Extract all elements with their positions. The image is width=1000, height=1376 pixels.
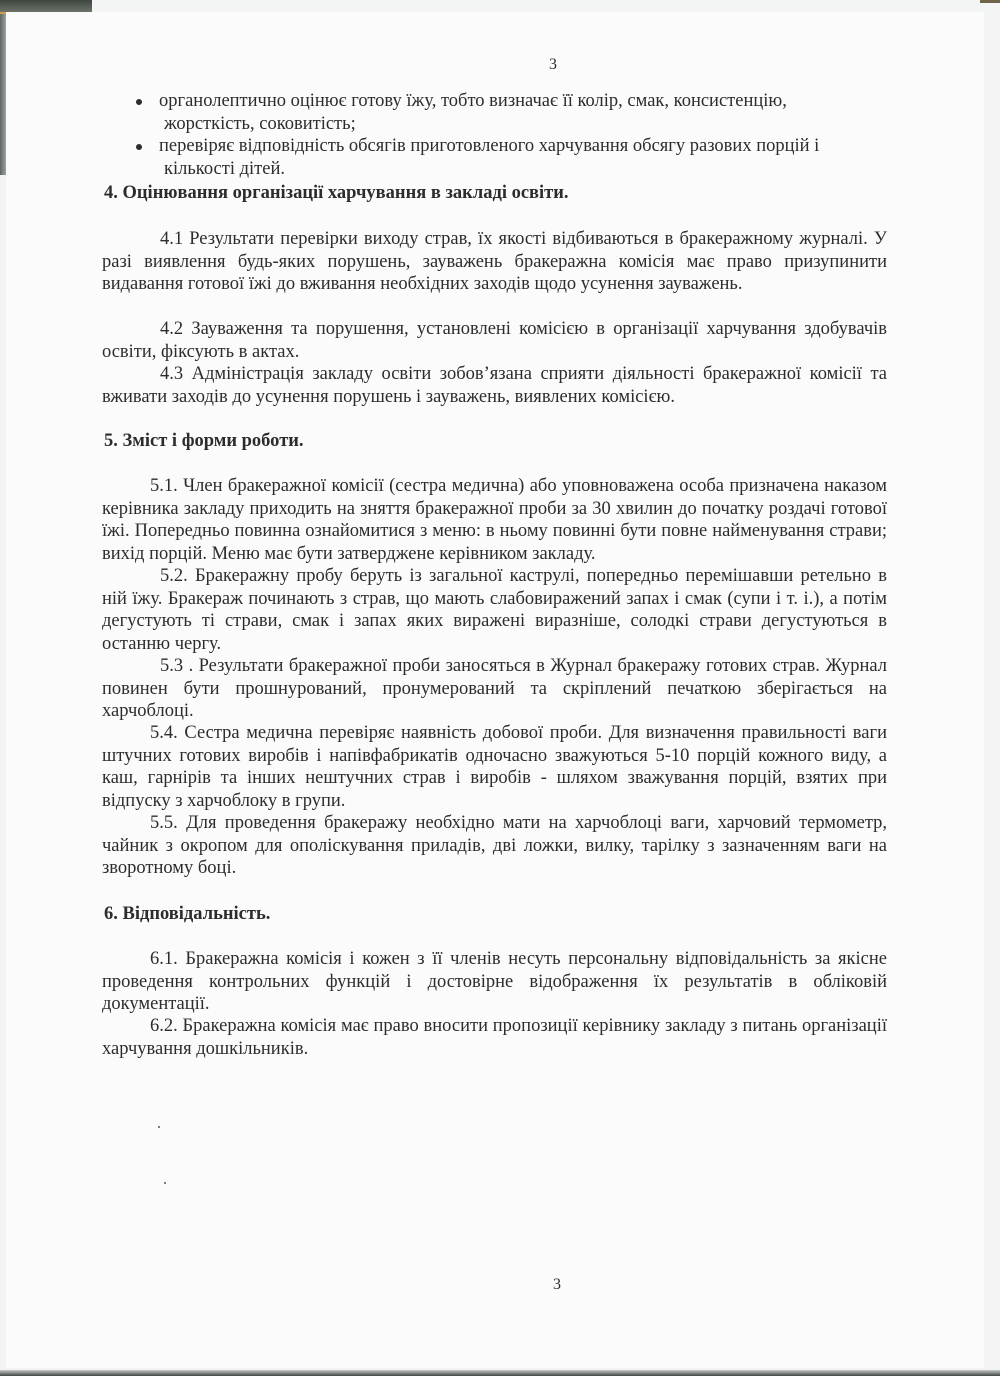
document-page: 3 органолептично оцінює готову їжу, тобт… [6,12,984,1368]
page-number-bottom: 3 [553,1274,561,1297]
paragraph-4-2: 4.2 Зауваження та порушення, установлені… [102,318,887,363]
list-item: перевіряє відповідність обсягів приготов… [132,135,887,180]
section-4-heading: 4. Оцінювання організації харчування в з… [104,182,569,205]
bullet-icon [136,99,142,105]
scan-edge-bottom [0,1370,1000,1376]
bullet-icon [136,144,142,150]
paragraph-6-2: 6.2. Бракеражна комісія має право вносит… [102,1015,887,1060]
section-5-heading: 5. Зміст і форми роботи. [104,430,304,453]
scan-edge-top-right [980,0,1000,3]
paragraph-5-2: 5.2. Бракеражну пробу беруть із загально… [102,565,887,655]
page-number-top: 3 [549,54,557,77]
paragraph-5-3: 5.3 . Результати бракеражної проби занос… [102,655,887,723]
paragraph-6-1: 6.1. Бракеражна комісія і кожен з її чле… [102,948,887,1016]
bullet-line-continued: жорсткість, соковитість; [159,113,887,136]
paragraph-5-1: 5.1. Член бракеражної комісії (сестра ме… [102,475,887,565]
scan-speck [164,1182,166,1184]
bullet-list: органолептично оцінює готову їжу, тобто … [132,90,887,180]
paragraph-4-3: 4.3 Адміністрація закладу освіти зобов’я… [102,363,887,408]
bullet-line: перевіряє відповідність обсягів приготов… [159,135,887,158]
scan-speck [158,1126,160,1128]
bullet-line: органолептично оцінює готову їжу, тобто … [159,90,887,113]
paragraph-5-4: 5.4. Сестра медична перевіряє наявність … [102,722,887,812]
section-6-heading: 6. Відповідальність. [104,903,270,926]
paragraph-5-5: 5.5. Для проведення бракеражу необхідно … [102,812,887,880]
bullet-line-continued: кількості дітей. [159,158,887,181]
list-item: органолептично оцінює готову їжу, тобто … [132,90,887,135]
paragraph-4-1: 4.1 Результати перевірки виходу страв, ї… [102,228,887,296]
